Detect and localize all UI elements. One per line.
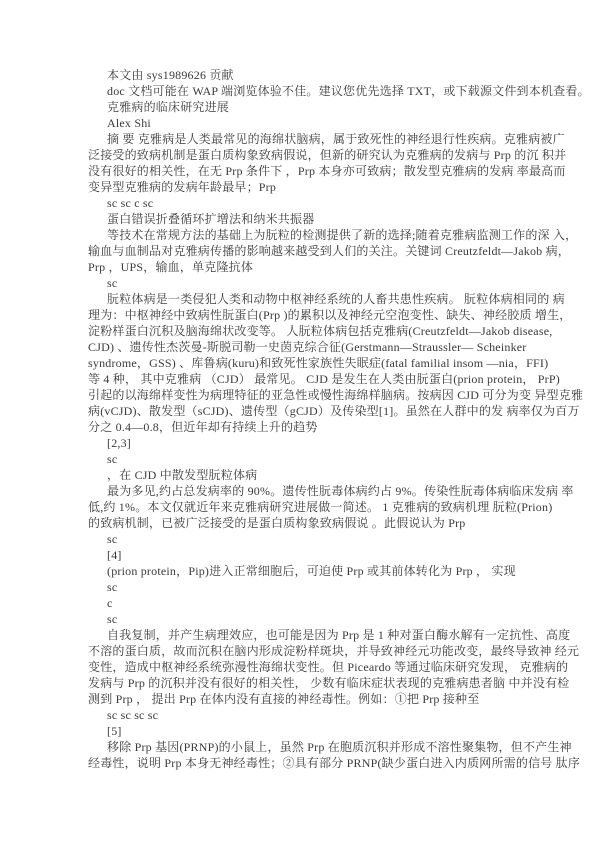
text-line: [5]	[88, 723, 518, 739]
text-line: 本文由 sys1989626 贡献	[88, 67, 518, 83]
text-line: 等 4 种， 其中克雅病 （CJD） 最常见。 CJD 是发生在人类由朊蛋白(p…	[88, 371, 518, 387]
text-line: [2,3]	[88, 435, 518, 451]
text-line: 泛接受的致病机制是蛋白质构象致病假说，但新的研究认为克雅病的发病与 Prp 的沉…	[88, 147, 518, 163]
text-line: CJD) 、遗传性杰茨曼-斯脱司勒一史茵克综合征(Gerstmann—Strau…	[88, 339, 518, 355]
text-line: 克雅病的临床研究进展	[88, 99, 518, 115]
text-line: sc	[88, 611, 518, 627]
text-line: 分之 0.4—0.8，但近年却有持续上升的趋势	[88, 419, 518, 435]
text-line: 等技术在常规方法的基础上为朊粒的检测提供了新的选择;随着克雅病监测工作的深 入，	[88, 227, 518, 243]
text-line: 的致病机制，已被广泛接受的是蛋白质构象致病假说 。此假说认为 Prp	[88, 515, 518, 531]
text-line: sc	[88, 531, 518, 547]
text-line: 移除 Prp 基因(PRNP)的小鼠上，虽然 Prp 在胞质沉积并形成不溶性聚集…	[88, 739, 518, 755]
text-line: Prp ，UPS，输血，单克隆抗体	[88, 259, 518, 275]
text-line: 发病与 Prp 的沉积并没有很好的相关性， 少数有临床症状表现的克雅病患者脑 中…	[88, 675, 518, 691]
text-line: 理为：中枢神经中致病性朊蛋白(Prp )的累积以及神经元空泡变性、缺失、神经胶质…	[88, 307, 518, 323]
text-line: 蛋白错误折叠循环扩增法和纳米共振器	[88, 211, 518, 227]
document-text: 本文由 sys1989626 贡献doc 文档可能在 WAP 端浏览体验不佳。建…	[88, 67, 518, 771]
text-line: sc sc c sc	[88, 195, 518, 211]
text-line: 输血与血制品对克雅病传播的影响越来越受到人们的关注。关键词 Creutzfeld…	[88, 243, 518, 259]
text-line: sc	[88, 579, 518, 595]
text-line: Alex Shi	[88, 115, 518, 131]
text-line: sc	[88, 451, 518, 467]
text-line: 没有很好的相关性，在无 Prp 条件下 ，Prp 本身亦可致病；散发型克雅病的发…	[88, 163, 518, 179]
text-line: 最为多见,约占总发病率的 90%。遗传性朊毒体病约占 9%。传染性朊毒体病临床发…	[88, 483, 518, 499]
text-line: 病(vCJD)、散发型（sCJD)、遗传型（gCJD）及传染型[1]。虽然在人群…	[88, 403, 518, 419]
text-line: 摘 要 克雅病是人类最常见的海绵状脑病，属于致死性的神经退行性疾病。克雅病被广	[88, 131, 518, 147]
text-line: 变异型克雅病的发病年龄最早；Prp	[88, 179, 518, 195]
text-line: sc	[88, 275, 518, 291]
text-line: sc sc sc sc	[88, 707, 518, 723]
text-line: [4]	[88, 547, 518, 563]
text-line: 测到 Prp ， 提出 Prp 在体内没有直接的神经毒性。例如：①把 Prp 接…	[88, 691, 518, 707]
text-line: doc 文档可能在 WAP 端浏览体验不佳。建议您优先选择 TXT，或下载源文件…	[88, 83, 518, 99]
document-page: 本文由 sys1989626 贡献doc 文档可能在 WAP 端浏览体验不佳。建…	[0, 0, 600, 850]
text-line: 朊粒体病是一类侵犯人类和动物中枢神经系统的人畜共患性疾病。 朊粒体病相同的 病	[88, 291, 518, 307]
text-line: 经毒性，说明 Prp 本身无神经毒性；②具有部分 PRNP(缺少蛋白进入内质网所…	[88, 755, 518, 771]
text-line: 自我复制，并产生病理效应，也可能是因为 Prp 是 1 种对蛋白酶水解有一定抗性…	[88, 627, 518, 643]
text-line: (prion protein，Pip)进入正常细胞后，可迫使 Prp 或其前体转…	[88, 563, 518, 579]
text-line: 变性，造成中枢神经系统弥漫性海绵状变性。但 Piceardo 等通过临床研究发现…	[88, 659, 518, 675]
text-line: 淀粉样蛋白沉积及脑海绵状改变等。 人朊粒体病包括克雅病(Creutzfeldt—…	[88, 323, 518, 339]
text-line: 不溶的蛋白质，故而沉积在脑内形成淀粉样斑块，并导致神经元功能改变，最终导致神 经…	[88, 643, 518, 659]
text-line: c	[88, 595, 518, 611]
text-line: 低,约 1%。本文仅就近年来克雅病研究进展做一简述。 1 克雅病的致病机理 朊粒…	[88, 499, 518, 515]
text-line: ，在 CJD 中散发型朊粒体病	[88, 467, 518, 483]
text-line: syndrome，GSS) 、库鲁病(kuru)和致死性家族性失眠症(fatal…	[88, 355, 518, 371]
text-line: 引起的以海绵样变性为病理特征的亚急性或慢性海绵样脑病。按病因 CJD 可分为变 …	[88, 387, 518, 403]
